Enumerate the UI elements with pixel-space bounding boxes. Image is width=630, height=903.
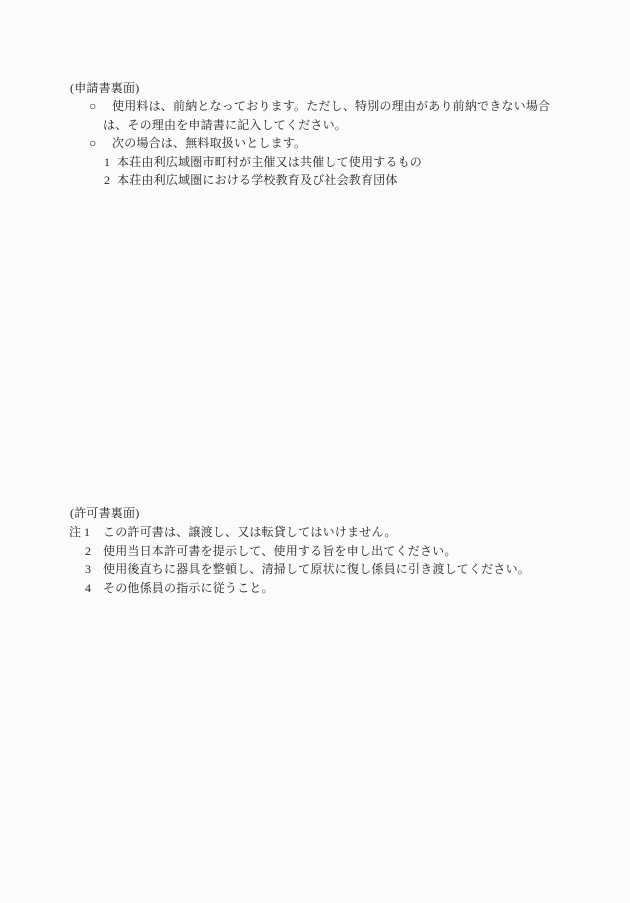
numbered-item-text: 本荘由利広域圏における学校教育及び社会教育団体	[117, 173, 398, 187]
note-item-text: 使用当日本許可書を提示して、使用する旨を申し出てください。	[103, 544, 457, 558]
note-item: 3使用後直ちに器具を整頓し、清掃して原状に復し係員に引き渡してください。	[85, 563, 530, 576]
numbered-item-text: 本荘由利広域圏市町村が主催又は共催して使用するもの	[117, 155, 422, 169]
item-number: 1	[104, 156, 117, 169]
bullet-item-text-continuation: は、その理由を申請書に記入してください。	[103, 119, 347, 132]
bullet-item-text: 次の場合は、無料取扱いとします。	[112, 136, 306, 150]
note-number: 4	[85, 582, 103, 595]
note-item: 注1この許可書は、譲渡し、又は転貸してはいけません。	[69, 526, 397, 539]
application-back-heading: (申請書裏面)	[70, 82, 139, 95]
item-number: 2	[104, 174, 117, 187]
numbered-item: 2本荘由利広域圏における学校教育及び社会教育団体	[104, 174, 398, 187]
note-number: 2	[85, 545, 103, 558]
note-item: 4その他係員の指示に従うこと。	[85, 582, 274, 595]
note-number: 3	[85, 563, 103, 576]
circle-bullet-icon: ○	[89, 137, 112, 150]
note-item-text: その他係員の指示に従うこと。	[103, 581, 274, 595]
bullet-item: ○次の場合は、無料取扱いとします。	[89, 137, 306, 150]
note-prefix-label: 注	[69, 526, 84, 539]
numbered-item: 1本荘由利広域圏市町村が主催又は共催して使用するもの	[104, 156, 422, 169]
permit-back-heading: (許可書裏面)	[70, 507, 139, 520]
note-item: 2使用当日本許可書を提示して、使用する旨を申し出てください。	[85, 545, 457, 558]
scanned-document-page: (申請書裏面) ○使用料は、前納となっております。ただし、特別の理由があり前納で…	[0, 0, 630, 903]
note-number: 1	[84, 526, 103, 539]
note-item-text: 使用後直ちに器具を整頓し、清掃して原状に復し係員に引き渡してください。	[103, 562, 530, 576]
bullet-item-text: 使用料は、前納となっております。ただし、特別の理由があり前納できない場合	[112, 99, 550, 113]
circle-bullet-icon: ○	[89, 100, 112, 113]
bullet-item: ○使用料は、前納となっております。ただし、特別の理由があり前納できない場合	[89, 100, 550, 113]
note-item-text: この許可書は、譲渡し、又は転貸してはいけません。	[103, 525, 397, 539]
